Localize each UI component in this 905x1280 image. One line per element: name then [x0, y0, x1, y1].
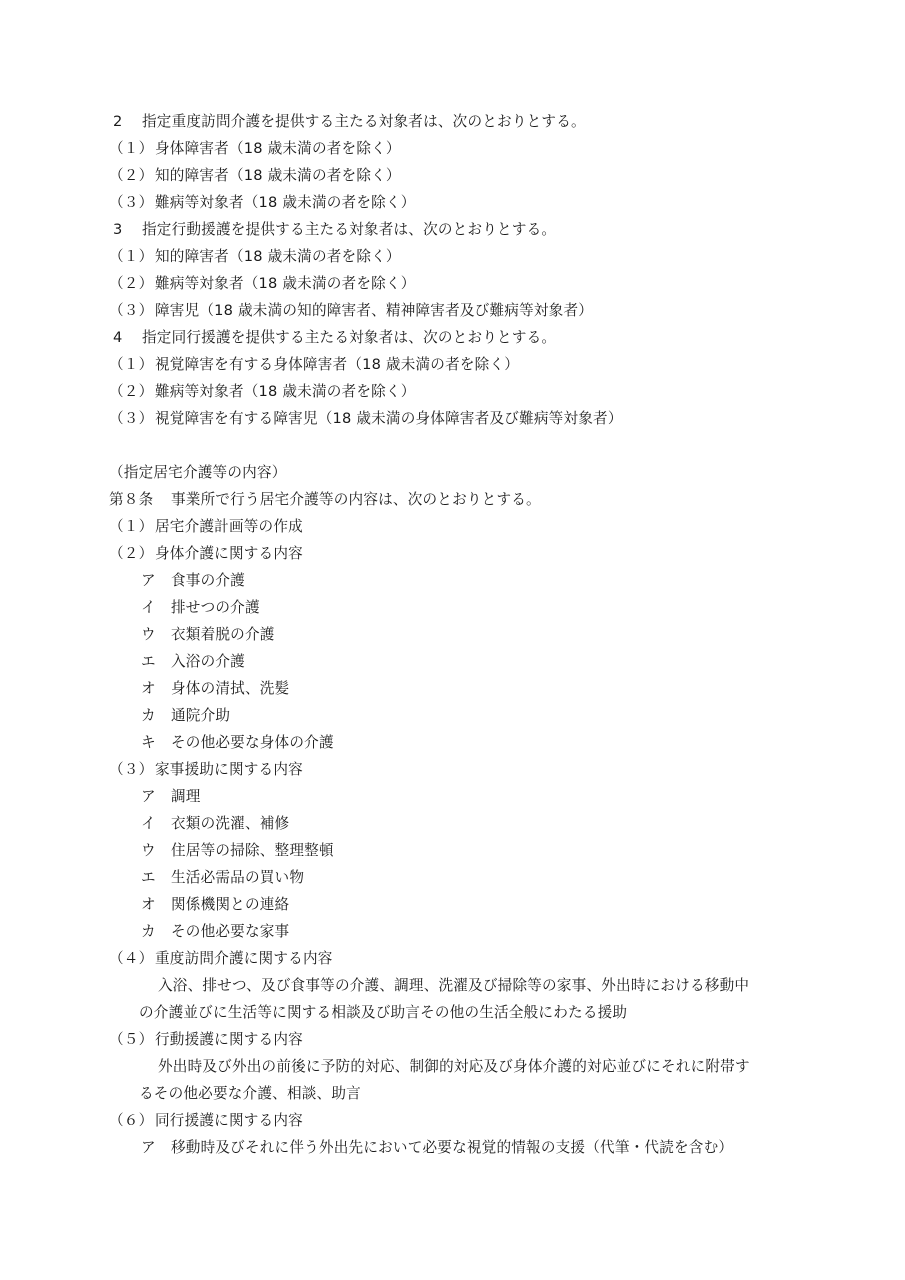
item-label: （３）: [109, 301, 155, 321]
item-label: エ: [141, 652, 171, 672]
item-text: 生活必需品の買い物: [171, 869, 304, 886]
document-line: の介護並びに生活等に関する相談及び助言その他の生活全般にわたる援助: [139, 1003, 627, 1023]
item-text: その他必要な身体の介護: [171, 734, 334, 751]
document-line-item: カその他必要な家事: [141, 922, 289, 942]
item-text: るその他必要な介護、相談、助言: [139, 1085, 361, 1102]
item-label: キ: [141, 733, 171, 753]
document-line: 外出時及び外出の前後に予防的対応、制御的対応及び身体介護的対応並びにそれに附帯す: [158, 1057, 750, 1077]
item-label: （１）: [109, 517, 155, 537]
item-text: 衣類着脱の介護: [171, 626, 275, 643]
item-label: （１）: [109, 139, 155, 159]
item-text: 難病等対象者（18 歳未満の者を除く）: [155, 275, 416, 292]
item-text: 行動援護に関する内容: [155, 1031, 303, 1048]
document-line-item: 3指定行動援護を提供する主たる対象者は、次のとおりとする。: [113, 220, 556, 240]
document-line-item: カ通院介助: [141, 706, 230, 726]
item-text: 視覚障害を有する身体障害者（18 歳未満の者を除く）: [155, 356, 519, 373]
item-text: 知的障害者（18 歳未満の者を除く）: [155, 167, 401, 184]
item-label: （３）: [109, 409, 155, 429]
document-line-item: 第８条事業所で行う居宅介護等の内容は、次のとおりとする。: [109, 490, 541, 510]
document-line: 入浴、排せつ、及び食事等の介護、調理、洗濯及び掃除等の家事、外出時における移動中: [158, 976, 749, 996]
item-label: （２）: [109, 382, 155, 402]
item-text: 同行援護に関する内容: [155, 1112, 303, 1129]
item-text: 排せつの介護: [171, 599, 260, 616]
item-text: 知的障害者（18 歳未満の者を除く）: [155, 248, 401, 265]
item-label: 4: [113, 328, 142, 348]
item-text: 身体障害者（18 歳未満の者を除く）: [155, 140, 401, 157]
item-text: 難病等対象者（18 歳未満の者を除く）: [155, 383, 416, 400]
document-line-item: （４）重度訪問介護に関する内容: [109, 949, 333, 969]
document-line-item: （１）身体障害者（18 歳未満の者を除く）: [109, 139, 401, 159]
item-label: （１）: [109, 355, 155, 375]
item-text: の介護並びに生活等に関する相談及び助言その他の生活全般にわたる援助: [139, 1004, 627, 1021]
document-line-item: （１）視覚障害を有する身体障害者（18 歳未満の者を除く）: [109, 355, 519, 375]
item-label: ア: [141, 787, 171, 807]
item-label: 3: [113, 220, 142, 240]
document-line-item: 4指定同行援護を提供する主たる対象者は、次のとおりとする。: [113, 328, 556, 348]
document-page: 2指定重度訪問介護を提供する主たる対象者は、次のとおりとする。（１）身体障害者（…: [0, 0, 905, 1280]
item-text: （指定居宅介護等の内容）: [109, 464, 287, 481]
document-line-item: （３）家事援助に関する内容: [109, 760, 303, 780]
item-label: オ: [141, 895, 171, 915]
item-text: 家事援助に関する内容: [155, 761, 303, 778]
document-line-item: ア移動時及びそれに伴う外出先において必要な視覚的情報の支援（代筆・代読を含む）: [141, 1138, 733, 1158]
document-line-item: （２）難病等対象者（18 歳未満の者を除く）: [109, 382, 416, 402]
item-label: （３）: [109, 193, 155, 213]
document-line-item: （２）難病等対象者（18 歳未満の者を除く）: [109, 274, 416, 294]
document-line-item: （５）行動援護に関する内容: [109, 1030, 303, 1050]
document-line-item: イ衣類の洗濯、補修: [141, 814, 289, 834]
item-text: 指定同行援護を提供する主たる対象者は、次のとおりとする。: [142, 329, 556, 346]
item-label: ウ: [141, 841, 171, 861]
item-label: エ: [141, 868, 171, 888]
item-text: 住居等の掃除、整理整頓: [171, 842, 334, 859]
item-text: 食事の介護: [171, 572, 245, 589]
document-line-item: （３）視覚障害を有する障害児（18 歳未満の身体障害者及び難病等対象者）: [109, 409, 623, 429]
document-line-item: エ入浴の介護: [141, 652, 245, 672]
item-text: その他必要な家事: [171, 923, 289, 940]
item-text: 視覚障害を有する障害児（18 歳未満の身体障害者及び難病等対象者）: [155, 410, 623, 427]
document-line: （指定居宅介護等の内容）: [109, 463, 287, 483]
item-text: 指定行動援護を提供する主たる対象者は、次のとおりとする。: [142, 221, 556, 238]
item-text: 衣類の洗濯、補修: [171, 815, 289, 832]
document-line-item: （３）難病等対象者（18 歳未満の者を除く）: [109, 193, 416, 213]
item-text: 通院介助: [171, 707, 230, 724]
item-label: ア: [141, 1138, 171, 1158]
item-text: 入浴、排せつ、及び食事等の介護、調理、洗濯及び掃除等の家事、外出時における移動中: [158, 977, 749, 994]
document-line-item: オ関係機関との連絡: [141, 895, 289, 915]
item-label: （２）: [109, 274, 155, 294]
item-text: 身体介護に関する内容: [155, 545, 303, 562]
item-label: 第８条: [109, 490, 171, 510]
document-line-item: イ排せつの介護: [141, 598, 260, 618]
document-line-item: ア調理: [141, 787, 201, 807]
document-line-item: オ身体の清拭、洗髪: [141, 679, 289, 699]
item-text: 調理: [171, 788, 201, 805]
item-label: （２）: [109, 166, 155, 186]
document-line-item: ウ衣類着脱の介護: [141, 625, 275, 645]
item-label: （６）: [109, 1111, 155, 1131]
item-text: 指定重度訪問介護を提供する主たる対象者は、次のとおりとする。: [142, 113, 586, 130]
item-text: 重度訪問介護に関する内容: [155, 950, 333, 967]
document-line-item: ウ住居等の掃除、整理整頓: [141, 841, 334, 861]
document-line-item: （２）知的障害者（18 歳未満の者を除く）: [109, 166, 401, 186]
item-label: （２）: [109, 544, 155, 564]
item-label: （１）: [109, 247, 155, 267]
document-line-item: （１）知的障害者（18 歳未満の者を除く）: [109, 247, 401, 267]
document-line-item: （２）身体介護に関する内容: [109, 544, 303, 564]
document-line-item: 2指定重度訪問介護を提供する主たる対象者は、次のとおりとする。: [113, 112, 586, 132]
item-label: カ: [141, 922, 171, 942]
item-label: イ: [141, 814, 171, 834]
item-text: 関係機関との連絡: [171, 896, 289, 913]
document-line-item: ア食事の介護: [141, 571, 245, 591]
item-label: 2: [113, 112, 142, 132]
item-text: 障害児（18 歳未満の知的障害者、精神障害者及び難病等対象者）: [155, 302, 593, 319]
item-text: 外出時及び外出の前後に予防的対応、制御的対応及び身体介護的対応並びにそれに附帯す: [158, 1058, 750, 1075]
item-label: イ: [141, 598, 171, 618]
item-text: 居宅介護計画等の作成: [155, 518, 303, 535]
document-line-item: （３）障害児（18 歳未満の知的障害者、精神障害者及び難病等対象者）: [109, 301, 593, 321]
item-label: （５）: [109, 1030, 155, 1050]
item-text: 移動時及びそれに伴う外出先において必要な視覚的情報の支援（代筆・代読を含む）: [171, 1139, 733, 1156]
item-text: 事業所で行う居宅介護等の内容は、次のとおりとする。: [171, 491, 541, 508]
item-label: （３）: [109, 760, 155, 780]
item-label: ウ: [141, 625, 171, 645]
item-text: 難病等対象者（18 歳未満の者を除く）: [155, 194, 416, 211]
document-line-item: エ生活必需品の買い物: [141, 868, 304, 888]
item-label: ア: [141, 571, 171, 591]
document-line-item: （６）同行援護に関する内容: [109, 1111, 303, 1131]
item-text: 入浴の介護: [171, 653, 245, 670]
item-label: （４）: [109, 949, 155, 969]
item-label: オ: [141, 679, 171, 699]
item-label: カ: [141, 706, 171, 726]
item-text: 身体の清拭、洗髪: [171, 680, 289, 697]
document-line: るその他必要な介護、相談、助言: [139, 1084, 361, 1104]
document-line-item: キその他必要な身体の介護: [141, 733, 334, 753]
document-line-item: （１）居宅介護計画等の作成: [109, 517, 303, 537]
